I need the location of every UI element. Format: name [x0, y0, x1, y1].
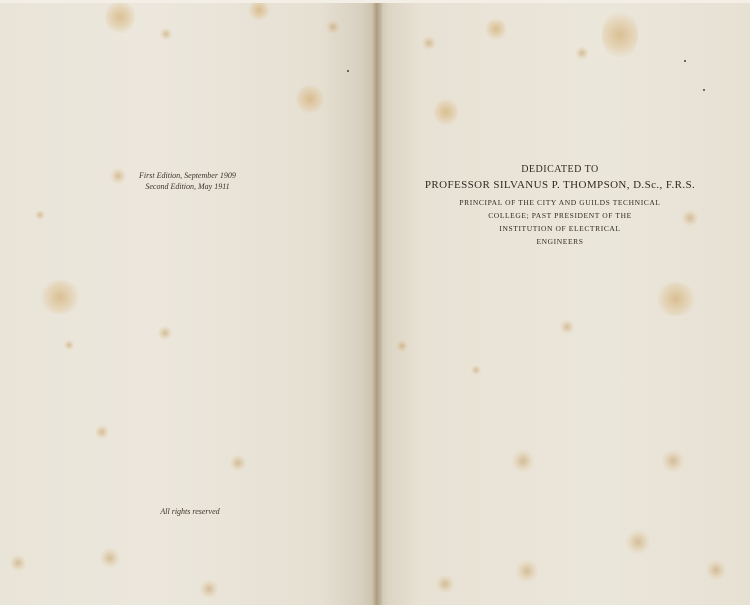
first-edition-text: First Edition, September 1909 — [100, 170, 275, 181]
foxing-spot — [10, 555, 26, 571]
foxing-spot — [158, 326, 172, 340]
dedicatee-name: PROFESSOR SILVANUS P. THOMPSON, D.Sc., F… — [400, 178, 720, 193]
speck — [347, 70, 349, 72]
foxing-spot — [706, 560, 726, 580]
foxing-spot — [160, 28, 172, 40]
foxing-spot — [396, 340, 408, 352]
foxing-spot — [576, 46, 588, 60]
foxing-spot — [200, 580, 218, 598]
right-page — [376, 0, 750, 605]
dedication-line: ENGINEERS — [400, 235, 720, 248]
foxing-spot — [512, 450, 534, 472]
foxing-spot — [40, 280, 80, 314]
speck — [684, 60, 686, 62]
foxing-spot — [230, 455, 246, 471]
page-top-edge — [0, 0, 750, 3]
dedication-heading: DEDICATED TO — [400, 163, 720, 177]
foxing-spot — [560, 320, 574, 334]
second-edition-text: Second Edition, May 1911 — [100, 181, 275, 192]
dedication-line: INSTITUTION OF ELECTRICAL — [400, 222, 720, 235]
foxing-spot — [656, 282, 696, 316]
foxing-spot — [662, 450, 684, 472]
foxing-spot — [296, 84, 324, 114]
foxing-spot — [436, 575, 454, 593]
foxing-spot — [516, 560, 538, 582]
foxing-spot — [422, 36, 436, 50]
foxing-spot — [64, 340, 74, 350]
rights-reserved-text: All rights reserved — [120, 507, 260, 516]
foxing-spot — [100, 548, 120, 568]
dedication-line: COLLEGE; PAST PRESIDENT OF THE — [400, 209, 720, 222]
foxing-spot — [105, 0, 135, 34]
foxing-spot — [626, 530, 650, 554]
foxing-spot — [35, 210, 45, 220]
foxing-spot — [326, 20, 340, 34]
foxing-spot — [471, 365, 481, 375]
foxing-spot — [602, 10, 638, 60]
dedication-line: PRINCIPAL OF THE CITY AND GUILDS TECHNIC… — [400, 196, 720, 209]
foxing-spot — [248, 0, 270, 20]
foxing-spot — [95, 425, 109, 439]
book-spread: First Edition, September 1909 Second Edi… — [0, 0, 750, 605]
dedication-block: DEDICATED TO PROFESSOR SILVANUS P. THOMP… — [400, 163, 720, 248]
foxing-spot — [486, 18, 506, 40]
foxing-spot — [434, 98, 458, 126]
book-gutter — [372, 0, 382, 605]
left-page: First Edition, September 1909 Second Edi… — [0, 0, 376, 605]
speck — [703, 89, 705, 91]
